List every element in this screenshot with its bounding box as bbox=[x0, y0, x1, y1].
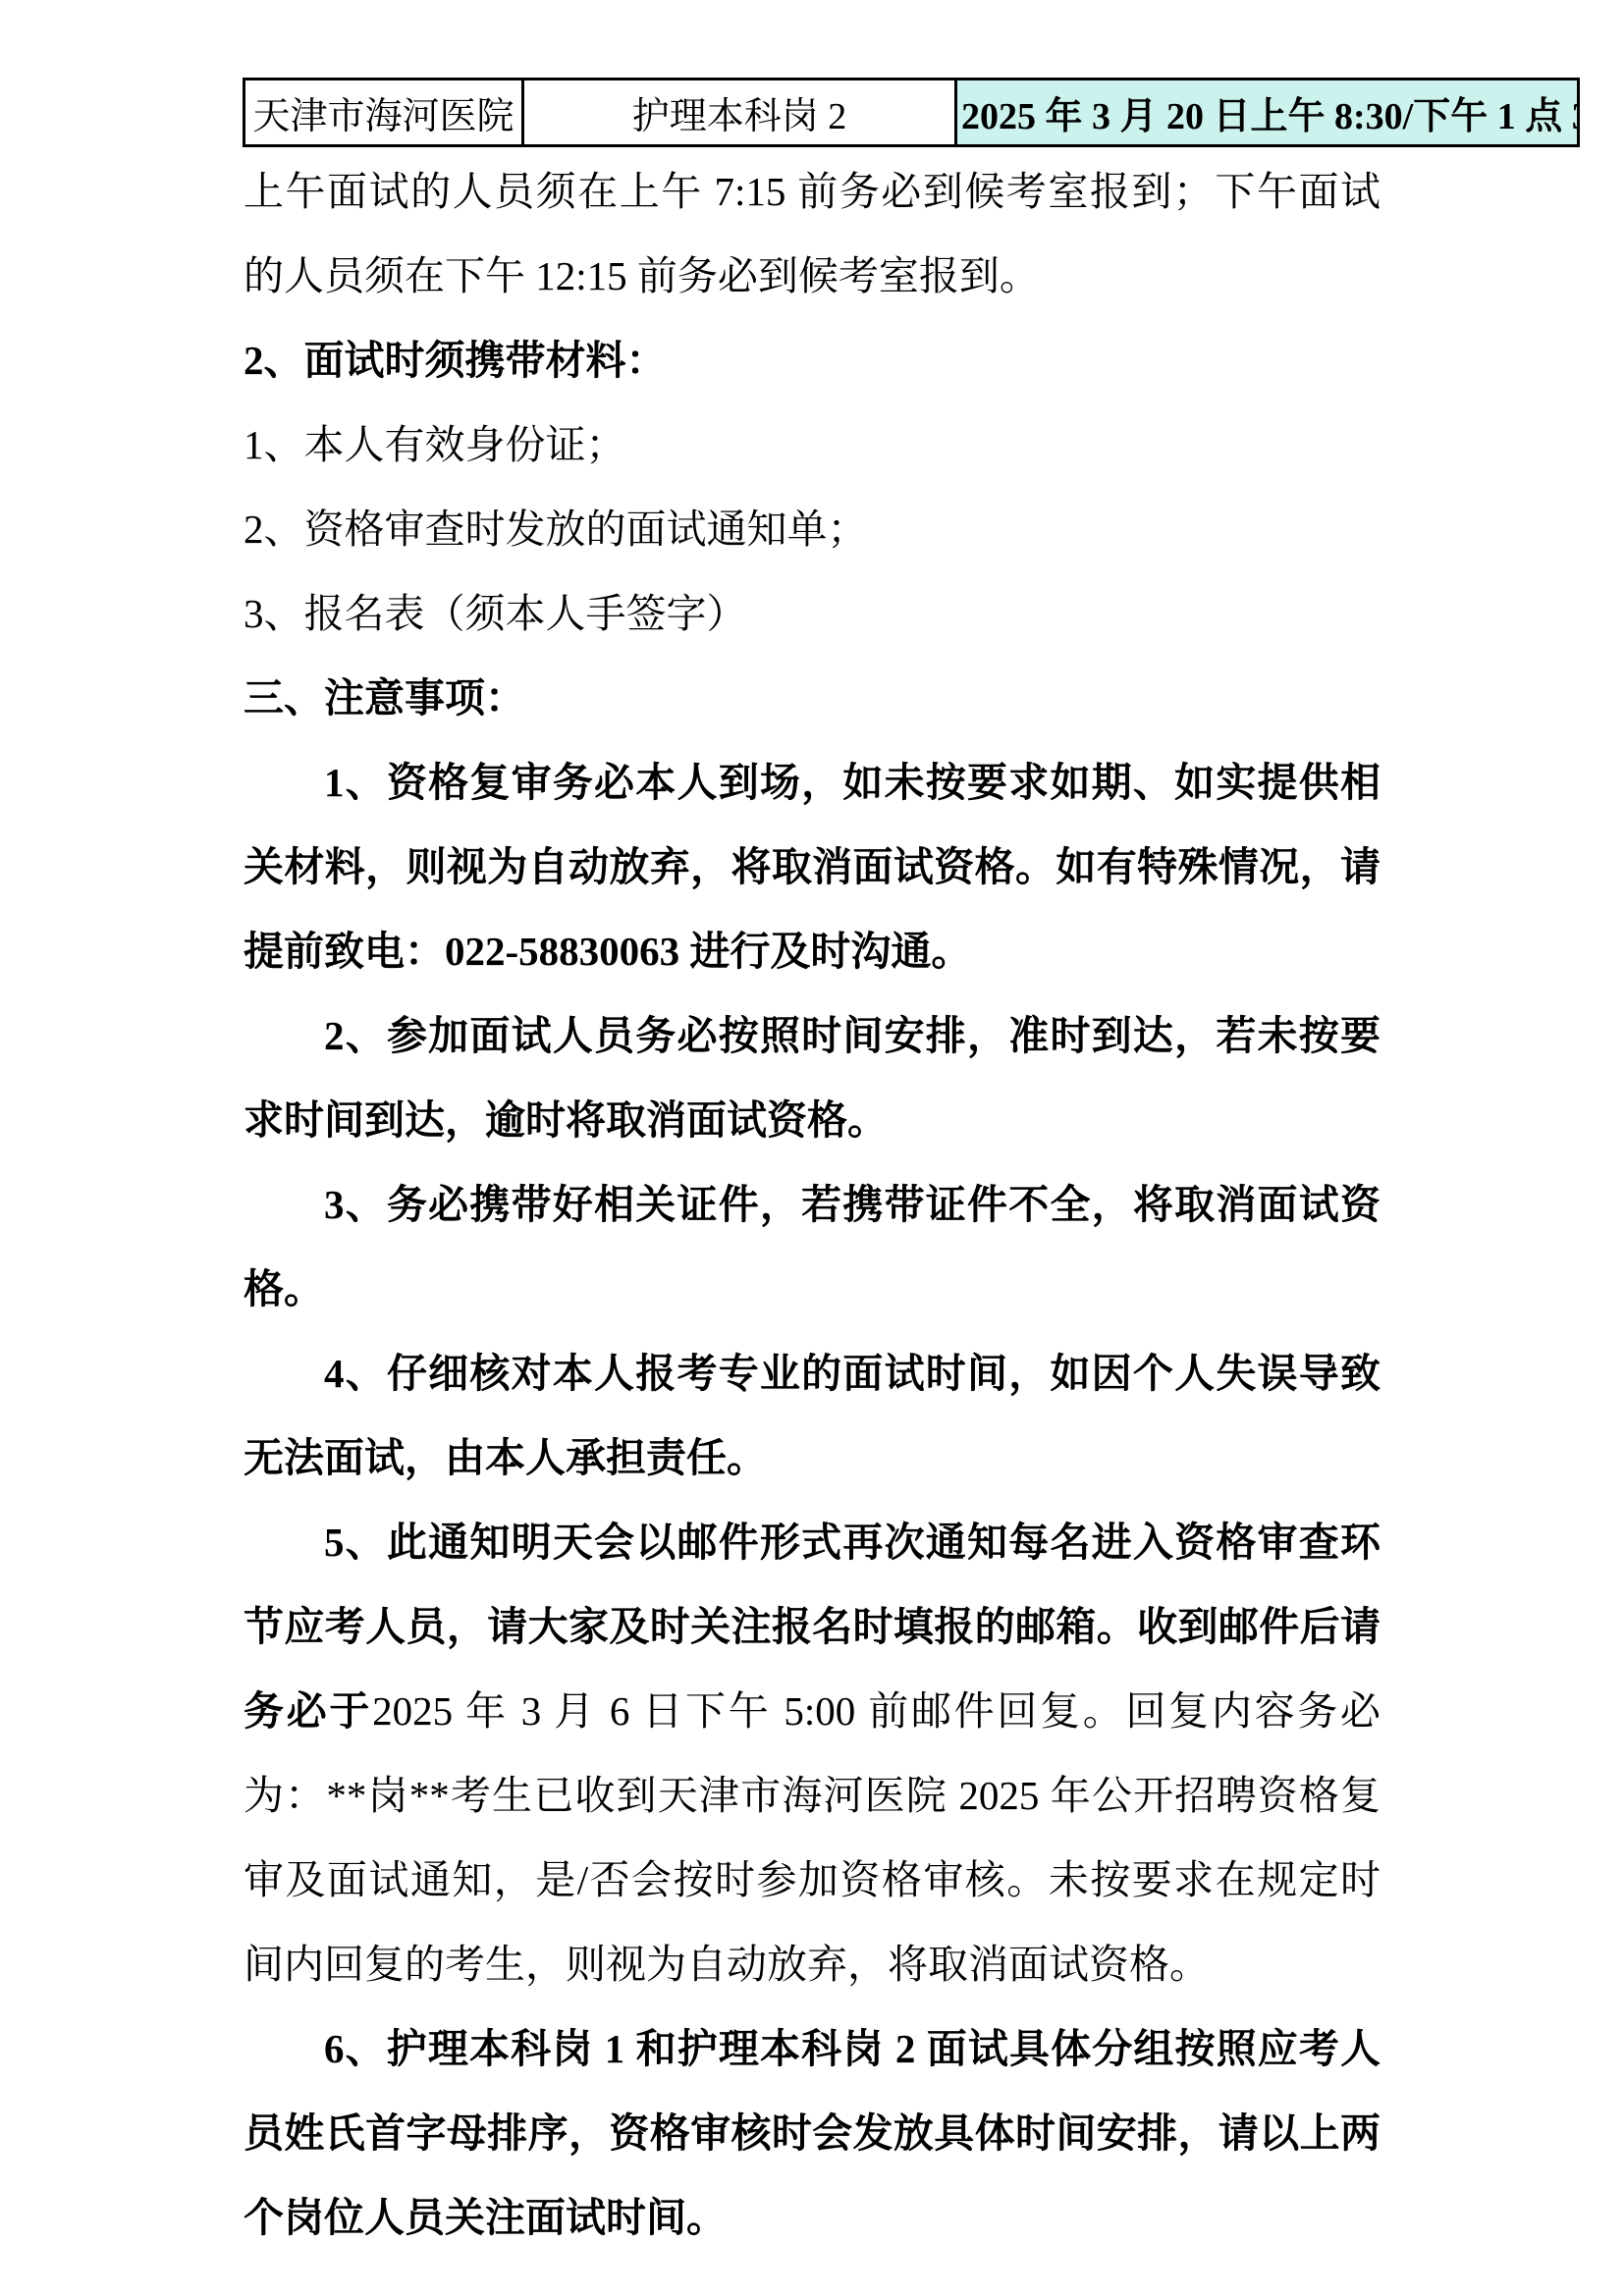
material-item-2: 2、资格审查时发放的面试通知单； bbox=[244, 487, 1380, 571]
header-row: 天津市海河医院 护理本科岗 2 2025 年 3 月 20 日上午 8:30/下… bbox=[244, 80, 1579, 146]
material-item-3: 3、报名表（须本人手签字） bbox=[244, 571, 1380, 656]
header-cell-hospital: 天津市海河医院 bbox=[244, 80, 523, 146]
paragraph-bold-text: 三、注意事项： bbox=[244, 675, 525, 721]
header-cell-datetime: 2025 年 3 月 20 日上午 8:30/下午 1 点 30 bbox=[956, 80, 1579, 146]
paragraph-bold-text: 3、务必携带好相关证件，若携带证件不全，将取消面试资格。 bbox=[244, 1182, 1380, 1311]
paragraph-text: 2025 年 3 月 6 日下午 5:00 前邮件回复。回复内容务必为：**岗*… bbox=[244, 1688, 1380, 1987]
paragraph-report-time: 上午面试的人员须在上午 7:15 前务必到候考室报到；下午面试的人员须在下午 1… bbox=[244, 149, 1380, 318]
paragraph-text: 2、资格审查时发放的面试通知单； bbox=[244, 507, 868, 552]
note-item-5: 5、此通知明天会以邮件形式再次通知每名进入资格审查环节应考人员，请大家及时关注报… bbox=[244, 1500, 1380, 2006]
paragraph-bold-text: 2、参加面试人员务必按照时间安排，准时到达，若未按要求时间到达，逾时将取消面试资… bbox=[244, 1013, 1380, 1143]
paragraph-text: 3、报名表（须本人手签字） bbox=[244, 591, 747, 636]
note-item-4: 4、仔细核对本人报考专业的面试时间，如因个人失误导致无法面试，由本人承担责任。 bbox=[244, 1331, 1380, 1500]
heading-materials: 2、面试时须携带材料： bbox=[244, 318, 1380, 402]
note-item-3: 3、务必携带好相关证件，若携带证件不全，将取消面试资格。 bbox=[244, 1162, 1380, 1331]
paragraph-bold-text: 4、仔细核对本人报考专业的面试时间，如因个人失误导致无法面试，由本人承担责任。 bbox=[244, 1351, 1380, 1480]
paragraph-bold-text: 6、护理本科岗 1 和护理本科岗 2 面试具体分组按照应考人员姓氏首字母排序，资… bbox=[244, 2026, 1380, 2240]
paragraph-text: 上午面试的人员须在上午 7:15 前务必到候考室报到；下午面试的人员须在下午 1… bbox=[244, 169, 1380, 298]
material-item-1: 1、本人有效身份证； bbox=[244, 402, 1380, 487]
paragraph-bold-text: 2、面试时须携带材料： bbox=[244, 338, 667, 383]
doc-page: 天津市海河医院 护理本科岗 2 2025 年 3 月 20 日上午 8:30/下… bbox=[0, 0, 1624, 2296]
paragraph-bold-text: 1、资格复审务必本人到场，如未按要求如期、如实提供相关材料，则视为自动放弃，将取… bbox=[244, 760, 1380, 974]
paragraph-text: 1、本人有效身份证； bbox=[244, 422, 626, 467]
note-item-6: 6、护理本科岗 1 和护理本科岗 2 面试具体分组按照应考人员姓氏首字母排序，资… bbox=[244, 2006, 1380, 2260]
heading-notes: 三、注意事项： bbox=[244, 656, 1380, 740]
note-item-1: 1、资格复审务必本人到场，如未按要求如期、如实提供相关材料，则视为自动放弃，将取… bbox=[244, 740, 1380, 993]
note-item-2: 2、参加面试人员务必按照时间安排，准时到达，若未按要求时间到达，逾时将取消面试资… bbox=[244, 993, 1380, 1162]
header-cell-position: 护理本科岗 2 bbox=[523, 80, 956, 146]
doc-body: 上午面试的人员须在上午 7:15 前务必到候考室报到；下午面试的人员须在下午 1… bbox=[244, 149, 1380, 2260]
header-table: 天津市海河医院 护理本科岗 2 2025 年 3 月 20 日上午 8:30/下… bbox=[243, 78, 1580, 147]
